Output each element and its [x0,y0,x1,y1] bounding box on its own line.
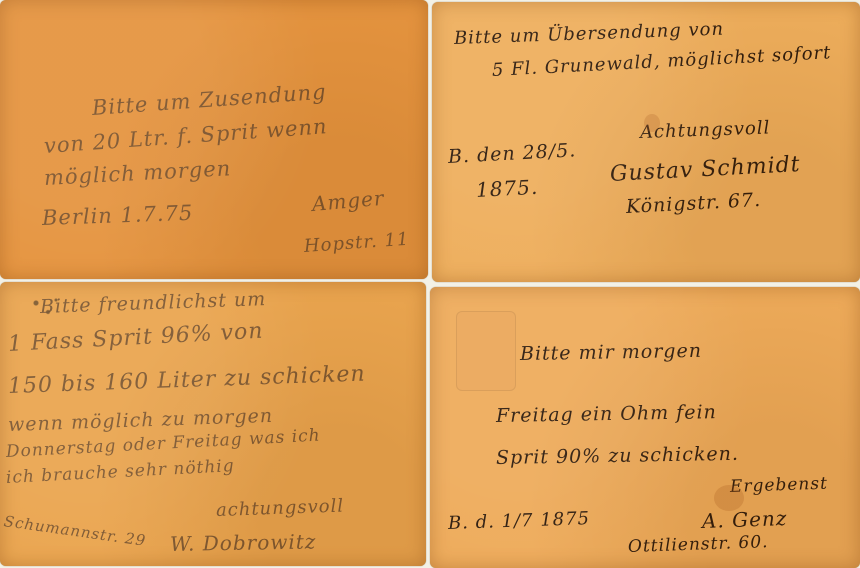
card-text-line: B. den 28/5. [447,139,576,168]
card-text-line: ich brauche sehr nöthig [5,456,235,488]
card-text-line: Bitte mir morgen [520,340,702,365]
card-text-line: Freitag ein Ohm fein [496,401,717,427]
card-text-line: Königstr. 67. [625,189,761,218]
card-text-line: Hopstr. 11 [303,229,410,257]
paper-stain [714,485,744,511]
postcard-top-right: Bitte um Übersendung von 5 Fl. Grunewald… [432,2,860,282]
card-text-line: Amger [311,186,385,216]
card-text-line: 1 Fass Sprit 96% von [7,319,264,357]
card-text-line: 150 bis 160 Liter zu schicken [8,362,366,399]
paper-stain [644,114,660,132]
postcard-top-left: Bitte um Zusendung von 20 Ltr. f. Sprit … [0,0,428,279]
card-text-line: Bitte um Zusendung [91,80,327,120]
postcard-bottom-left: Bitte freundlichst um 1 Fass Sprit 96% v… [0,282,426,566]
card-text-line: 1875. [475,175,538,202]
card-text-line: Bitte um Übersendung von [454,19,725,49]
card-text-line: Schumannstr. 29 [3,512,147,550]
card-text-line: A. Genz [702,506,788,533]
card-text-line: Sprit 90% zu schicken. [496,443,739,469]
card-text-line: W. Dobrowitz [170,529,317,556]
card-text-line: Gustav Schmidt [609,152,801,187]
card-text-line: Ottilienstr. 60. [628,532,769,557]
card-text-line: von 20 Ltr. f. Sprit wenn [43,114,328,158]
card-text-line: Berlin 1.7.75 [42,201,194,230]
card-text-line: Bitte freundlichst um [40,288,267,318]
card-text-line: möglich morgen [43,156,231,190]
faded-stamp-imprint [456,311,516,391]
card-text-line: 5 Fl. Grunewald, möglichst sofort [491,42,831,81]
postcard-bottom-right: Bitte mir morgen Freitag ein Ohm fein Sp… [430,287,860,568]
card-text-line: Ergebenst [730,474,829,497]
card-text-line: achtungsvoll [216,496,345,521]
card-text-line: B. d. 1/7 1875 [448,508,591,534]
